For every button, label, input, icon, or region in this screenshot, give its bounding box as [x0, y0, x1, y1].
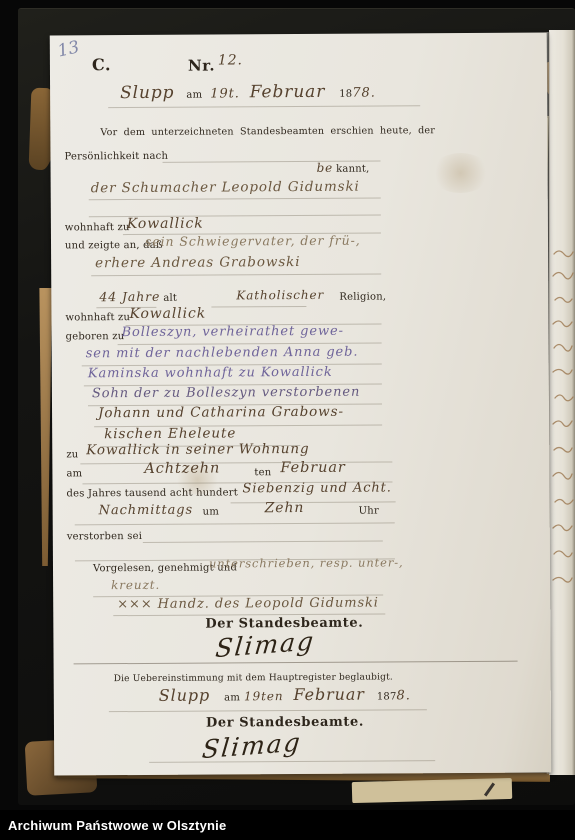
registrar-signature-2: Slimag: [201, 729, 303, 762]
bekannt-line: be kannt,: [317, 162, 370, 175]
archive-photo: 13 C. Nr. 12. Slupp am 19t. Februar 18 7…: [0, 0, 575, 840]
death-place-value: Kowallick in seiner Wohnung: [86, 443, 309, 458]
died-label: verstorben sei: [67, 532, 142, 542]
form-rule: [231, 501, 396, 503]
record-number-value: 12.: [218, 53, 243, 67]
parents-line-1: Sohn der zu Bolleszyn verstorbenen: [92, 386, 360, 401]
dateline-year-hand: 78.: [352, 87, 375, 100]
spouse-line-1: sen mit der nachlebenden Anna geb.: [86, 346, 359, 361]
closing-hand-1: unterschrieben, resp. unter-,: [209, 557, 404, 570]
intro-line: Vor dem unterzeichneten Standesbeamten e…: [100, 126, 435, 138]
form-rule: [109, 709, 427, 712]
death-date-day: Achtzehn: [144, 461, 220, 476]
cert-place: Slupp: [159, 688, 210, 704]
personality-label: Persönlichkeit nach: [64, 152, 168, 163]
record-number-label: Nr.: [188, 59, 215, 74]
bekannt-printed: kannt,: [336, 165, 369, 175]
death-year-label: des Jahres tausend acht hundert: [67, 488, 238, 499]
bekannt-hand: be: [317, 162, 334, 174]
cert-dateline: Slupp am 19ten Februar 187 8.: [159, 686, 411, 704]
certification-line: Die Uebereinstimmung mit dem Hauptregist…: [114, 673, 393, 684]
registrar-label-2: Der Standesbeamte.: [206, 716, 364, 730]
death-time-um: um: [203, 508, 219, 518]
archive-name: Archiwum Państwowe w Olsztynie: [0, 818, 226, 833]
death-date-ten: ten: [254, 468, 271, 478]
death-place-label: zu: [66, 450, 78, 460]
death-hour-value: Zehn: [265, 501, 305, 515]
age-value: 44 Jahre: [99, 291, 160, 304]
death-date-am: am: [66, 469, 82, 479]
registrar-signature: Slimag: [214, 628, 316, 661]
spouse-line-2: Kaminska wohnhaft zu Kowallick: [88, 366, 333, 380]
report-hand-1: sein Schwiegervater, der frü-,: [145, 235, 361, 249]
section-divider-rule: [74, 661, 518, 665]
religion-label: Religion,: [339, 292, 386, 302]
cert-year-printed: 187: [377, 692, 397, 702]
religion-value: Katholischer: [236, 289, 324, 302]
form-rule: [108, 105, 420, 108]
residence-label: wohnhaft zu: [65, 223, 130, 233]
parents-line-2: Johann und Catharina Grabows-: [98, 406, 344, 421]
form-rule: [89, 198, 381, 201]
cert-month: Februar: [293, 687, 364, 703]
cert-year-hand: 8.: [396, 689, 410, 702]
declarant-line: der Schumacher Leopold Gidumski: [91, 181, 360, 196]
cert-am-label: am: [224, 693, 240, 703]
form-rule: [149, 760, 435, 763]
foxing-stain: [430, 153, 490, 193]
register-page: 13 C. Nr. 12. Slupp am 19t. Februar 18 7…: [50, 32, 552, 775]
archive-watermark-bar: Archiwum Państwowe w Olsztynie: [0, 810, 575, 840]
residence2-value: Kowallick: [129, 307, 206, 321]
adjacent-page-handwriting: [550, 248, 575, 608]
form-rule: [211, 306, 306, 308]
age-label: alt: [163, 294, 177, 304]
report-hand-2: erhere Andreas Grabowski: [95, 256, 300, 271]
form-rule: [91, 274, 381, 277]
handzeichen-line: ××× Handz. des Leopold Gidumski: [117, 597, 379, 612]
death-time-prefix: Nachmittags: [99, 504, 193, 518]
form-rule: [143, 540, 383, 542]
birthplace-label: geboren zu: [66, 332, 125, 342]
closing-hand-2: kreuzt.: [111, 579, 160, 591]
parents-line-3: kischen Eheleute: [104, 427, 236, 441]
dateline-year-printed: 18: [339, 90, 352, 100]
form-rule: [75, 522, 395, 525]
death-time-uhr: Uhr: [359, 507, 379, 517]
death-date-month: Februar: [280, 461, 345, 476]
adjacent-page-edge: [549, 30, 575, 775]
residence2-label: wohnhaft zu: [65, 313, 130, 323]
dateline-month: Februar: [250, 84, 326, 101]
dateline-am-label: am: [186, 91, 202, 101]
death-year-value: Siebenzig und Acht.: [242, 481, 391, 495]
dateline-place: Slupp: [120, 85, 174, 102]
pencil-page-number: 13: [56, 39, 81, 60]
cert-day: 19ten: [244, 690, 283, 702]
dateline-day: 19t.: [210, 87, 240, 100]
birthplace-value: Bolleszyn, verheirathet gewe-: [122, 325, 344, 339]
section-letter: C.: [92, 57, 111, 73]
head-dateline: Slupp am 19t. Februar 18 78.: [120, 84, 376, 103]
residence-value: Kowallick: [127, 217, 204, 231]
